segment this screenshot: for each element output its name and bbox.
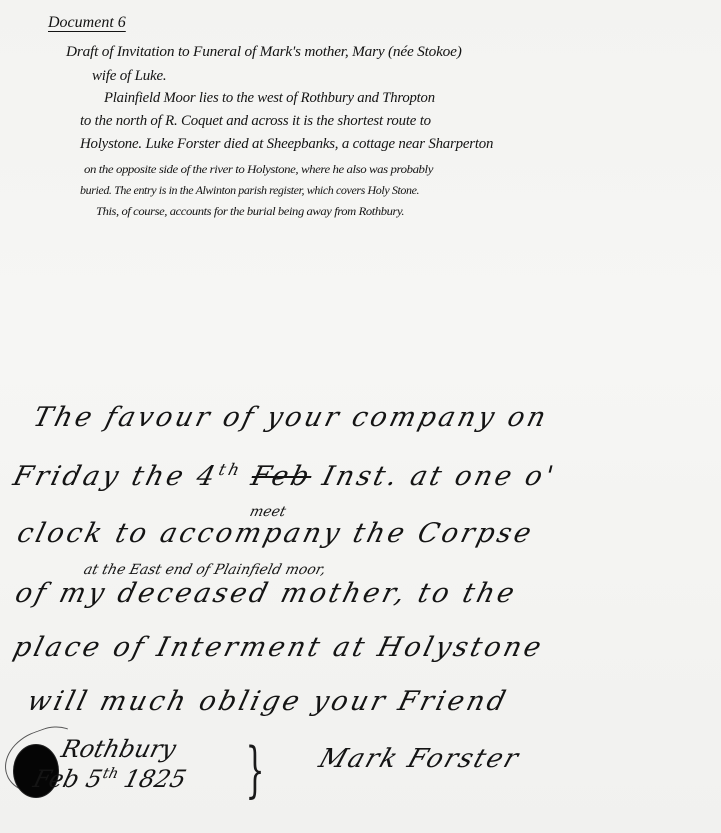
document-page: Document 6 Draft of Invitation to Funera… bbox=[0, 0, 721, 833]
ordinal-suffix: th bbox=[217, 460, 245, 479]
note-line-5: Holystone. Luke Forster died at Sheepban… bbox=[80, 136, 493, 153]
note-line-6: on the opposite side of the river to Hol… bbox=[84, 162, 433, 177]
letter-line-4: of my deceased mother, to the bbox=[12, 578, 520, 609]
date-day: Feb 5 bbox=[31, 765, 106, 793]
letter-line-2: Friday the 4th Feb Inst. at one o' bbox=[10, 460, 559, 492]
interlinear-insert-location: at the East end of Plainfield moor, bbox=[82, 562, 327, 578]
date-year: 1825 bbox=[121, 765, 189, 793]
brace: } bbox=[246, 735, 265, 805]
document-heading: Document 6 bbox=[48, 14, 126, 32]
letter-line-3: clock to accompany the Corpse bbox=[14, 518, 537, 549]
letter-line-1: The favour of your company on bbox=[30, 402, 552, 433]
letter-date: Feb 5th 1825 bbox=[31, 765, 190, 793]
letter-line-6: will much oblige your Friend bbox=[24, 686, 511, 717]
note-line-3: Plainfield Moor lies to the west of Roth… bbox=[104, 90, 435, 107]
signature: Mark Forster bbox=[315, 744, 524, 774]
note-line-2: wife of Luke. bbox=[92, 68, 166, 85]
note-line-7: buried. The entry is in the Alwinton par… bbox=[80, 183, 419, 198]
note-line-8: This, of course, accounts for the burial… bbox=[96, 204, 404, 219]
date-suffix: th bbox=[101, 766, 120, 782]
place-name: Rothbury bbox=[59, 735, 179, 763]
note-line-4: to the north of R. Coquet and across it … bbox=[80, 113, 431, 130]
struck-word: Feb bbox=[248, 461, 315, 492]
letter-line-2-end: Inst. at one o' bbox=[319, 461, 559, 492]
letter-line-2-start: Friday the 4 bbox=[10, 461, 221, 492]
note-line-1: Draft of Invitation to Funeral of Mark's… bbox=[66, 44, 462, 61]
letter-line-5: place of Interment at Holystone bbox=[10, 632, 547, 663]
